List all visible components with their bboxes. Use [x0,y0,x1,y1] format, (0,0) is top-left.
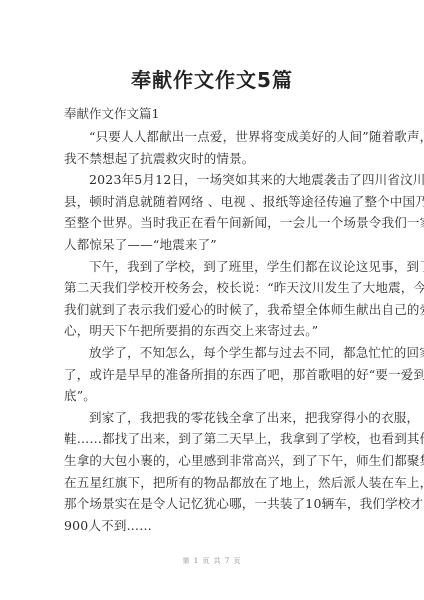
body-line: 到家了，我把我的零花钱全拿了出来，把我穿得小的衣服， [64,407,360,429]
body-line: 了，或许是早早的准备所捐的东西了吧，那首歌唱的好“要一爱到 [64,364,360,386]
body-line: 那个场景实在是令人记忆犹心哪，一共装了10辆车，我们学校才 [64,493,360,515]
document-body: “只要人人都献出一点爱，世界将变成美好的人间”随着歌声， 我不禁想起了抗震救灾时… [64,126,360,536]
body-line: 2023年5月12日，一场突如其来的大地震袭击了四川省汶川 [64,169,360,191]
body-line: 第二天我们学校开校务会，校长说：“昨天汶川发生了大地震，今天 [64,277,360,299]
body-line: 底”。 [64,385,360,407]
body-line: 在五星红旗下，把所有的物品都放在了地上，然后派人装在车上， [64,472,360,494]
section-heading: 奉献作文作文篇1 [64,104,159,122]
body-line: 下午，我到了学校，到了班里，学生们都在议论这见事，到了 [64,256,360,278]
body-line: “只要人人都献出一点爱，世界将变成美好的人间”随着歌声， [64,126,360,148]
body-line: 人都惊呆了——“地震来了” [64,234,360,256]
page-number-footer: 第 1 页 共 7 页 [0,556,424,566]
body-line: 我不禁想起了抗震救灾时的情景。 [64,148,360,170]
body-line: 900人不到…… [64,515,360,537]
body-line: 放学了，不知怎么，每个学生都与过去不同，都急忙忙的回家 [64,342,360,364]
body-line: 生拿的大包小裹的，心里感到非常高兴，到了下午，师生们都聚集 [64,450,360,472]
body-line: 县，顿时消息就随着网络 、电视 、报纸等途径传遍了整个中国乃 [64,191,360,213]
document-title: 奉献作文作文5篇 [0,64,424,93]
body-line: 鞋……都找了出来，到了第二天早上，我拿到了学校，也看到其他学 [64,428,360,450]
body-line: 我们就到了表示我们爱心的时候了，我希望全体师生献出自己的爱 [64,299,360,321]
body-line: 心，明天下午把所要捐的东西交上来寄过去。” [64,320,360,342]
document-page: 奉献作文作文5篇 奉献作文作文篇1 “只要人人都献出一点爱，世界将变成美好的人间… [0,0,424,600]
body-line: 至整个世界。当时我正在看午间新闻，一会儿一个场景令我们一家 [64,212,360,234]
